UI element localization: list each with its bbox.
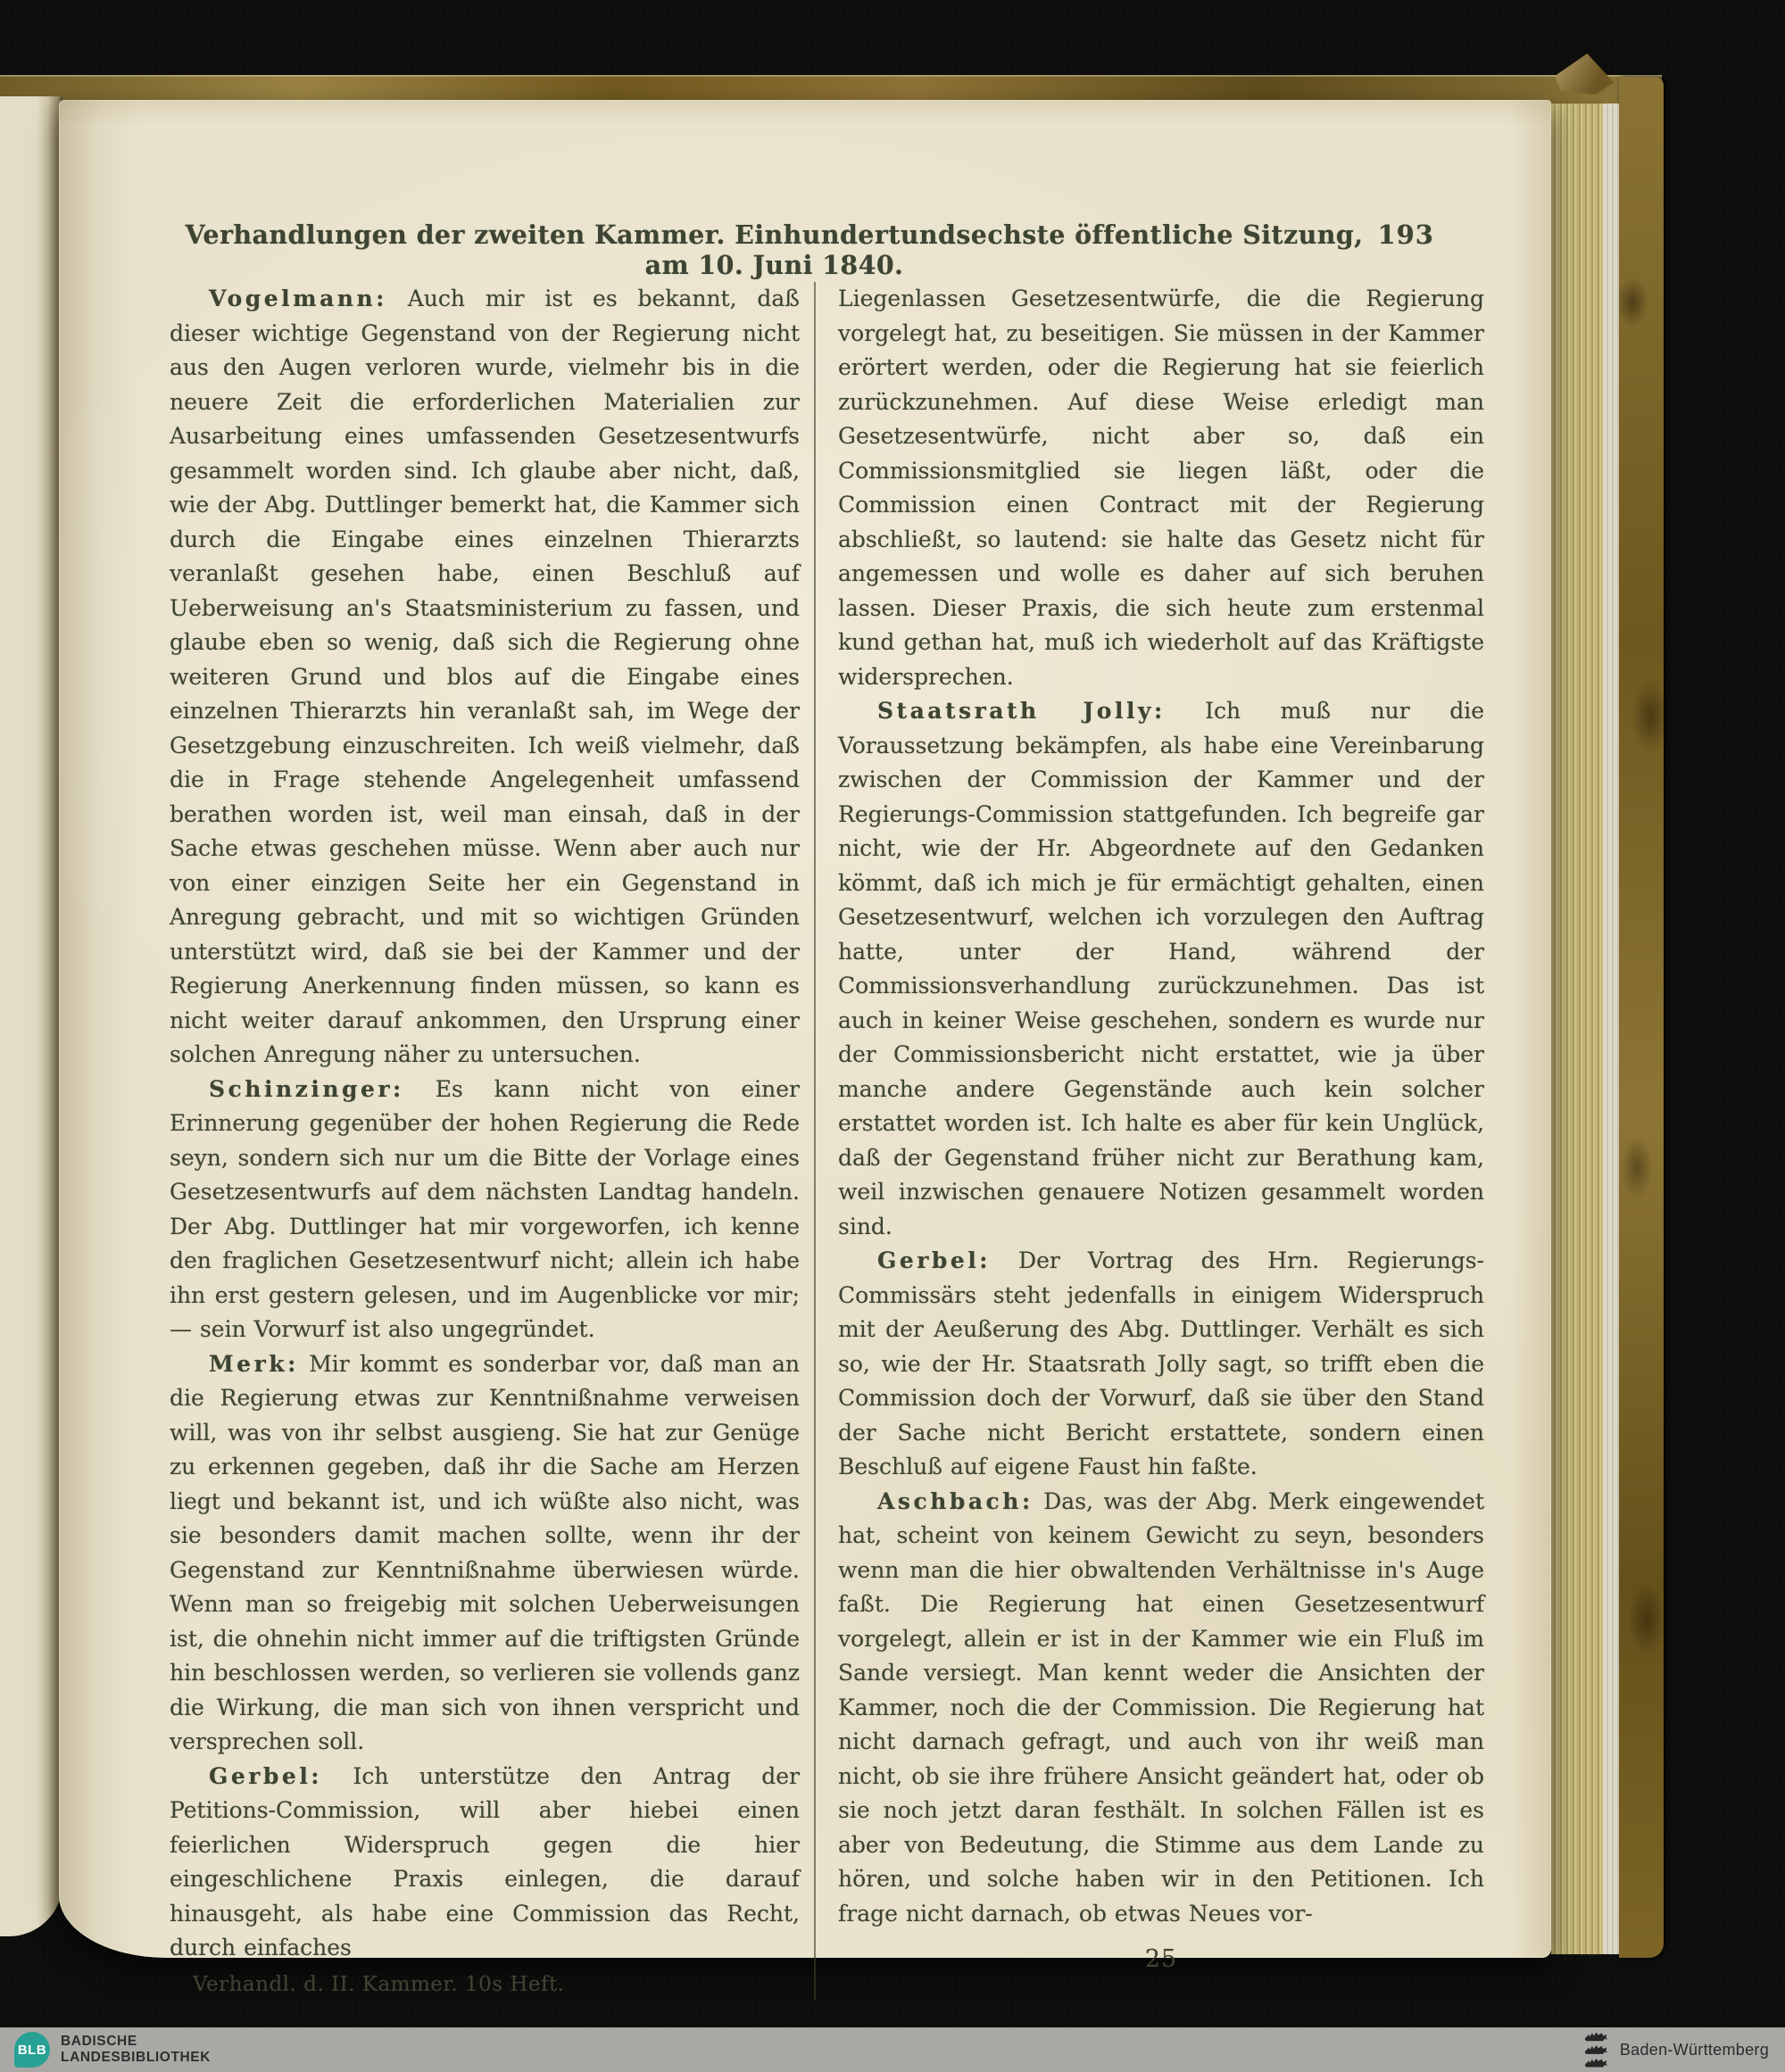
paragraph: Liegenlassen Gesetzesentwürfe, die die R…	[838, 282, 1484, 694]
speaker-name: Gerbel:	[209, 1763, 322, 1789]
book-fore-edge-highlight	[1603, 104, 1619, 1954]
volume-footer-line: Verhandl. d. II. Kammer. 10s Heft.	[170, 1969, 800, 2000]
sheet-signature-number: 25	[838, 1945, 1484, 1973]
paragraph-text: Ich muß nur die Voraussetzung bekämpfen,…	[838, 698, 1484, 1239]
page-content: Verhandlungen der zweiten Kammer. Einhun…	[170, 220, 1486, 2000]
paragraph: Aschbach: Das, was der Abg. Merk eingewe…	[838, 1485, 1484, 1932]
paragraph-text: Das, was der Abg. Merk eingewendet hat, …	[838, 1488, 1484, 1927]
paragraph: Gerbel: Ich unterstütze den Antrag der P…	[170, 1760, 800, 1966]
page-number: 193	[1377, 220, 1434, 250]
paragraph-text: Liegenlassen Gesetzesentwürfe, die die R…	[838, 286, 1484, 690]
library-name-line2: LANDESBIBLIOTHEK	[61, 2050, 211, 2066]
speaker-name: Merk:	[209, 1351, 299, 1377]
speaker-name: Aschbach:	[877, 1488, 1034, 1514]
facing-page-edge	[0, 96, 62, 1936]
speaker-name: Schinzinger:	[209, 1076, 404, 1102]
library-brand[interactable]: BLB BADISCHE LANDESBIBLIOTHEK	[0, 2032, 211, 2068]
book-fore-edge	[1551, 104, 1603, 1954]
viewer-footer-bar: BLB BADISCHE LANDESBIBLIOTHEK Baden-Würt…	[0, 2027, 1785, 2072]
baden-wuerttemberg-lions-icon	[1582, 2030, 1609, 2069]
digitized-book-viewer: Verhandlungen der zweiten Kammer. Einhun…	[0, 0, 1785, 2072]
library-name-line1: BADISCHE	[61, 2034, 211, 2050]
text-column-left: Vogelmann: Auch mir ist es bekannt, daß …	[170, 282, 814, 2000]
region-label: Baden-Württemberg	[1620, 2041, 1769, 2060]
speaker-name: Gerbel:	[877, 1247, 991, 1273]
book-corner-wear	[1555, 54, 1614, 95]
paragraph-text: Der Vortrag des Hrn. Regierungs-Commissä…	[838, 1247, 1484, 1479]
text-columns: Vogelmann: Auch mir ist es bekannt, daß …	[170, 282, 1486, 2000]
speaker-name: Vogelmann:	[209, 286, 387, 311]
paragraph-text: Mir kommt es sonderbar vor, daß man an d…	[170, 1351, 800, 1755]
library-name: BADISCHE LANDESBIBLIOTHEK	[61, 2034, 211, 2066]
paragraph: Staatsrath Jolly: Ich muß nur die Voraus…	[838, 694, 1484, 1244]
paragraph: Gerbel: Der Vortrag des Hrn. Regierungs-…	[838, 1244, 1484, 1485]
paragraph-text: Ich unterstütze den Antrag der Petitions…	[170, 1763, 800, 1961]
page-header: Verhandlungen der zweiten Kammer. Einhun…	[170, 220, 1486, 269]
paragraph: Merk: Mir kommt es sonderbar vor, daß ma…	[170, 1347, 800, 1760]
book-cover-edge	[1619, 77, 1664, 1958]
region-brand[interactable]: Baden-Württemberg	[1582, 2030, 1785, 2069]
paragraph: Vogelmann: Auch mir ist es bekannt, daß …	[170, 282, 800, 1073]
blb-logo-icon[interactable]: BLB	[14, 2032, 50, 2068]
text-column-right: Liegenlassen Gesetzesentwürfe, die die R…	[814, 282, 1484, 2000]
speaker-name: Staatsrath Jolly:	[877, 698, 1166, 724]
paragraph-text: Es kann nicht von einer Erinnerung gegen…	[170, 1076, 800, 1343]
paragraph-text: Auch mir ist es bekannt, daß dieser wich…	[170, 286, 800, 1067]
paragraph: Schinzinger: Es kann nicht von einer Eri…	[170, 1073, 800, 1347]
page-header-title: Verhandlungen der zweiten Kammer. Einhun…	[170, 220, 1486, 280]
